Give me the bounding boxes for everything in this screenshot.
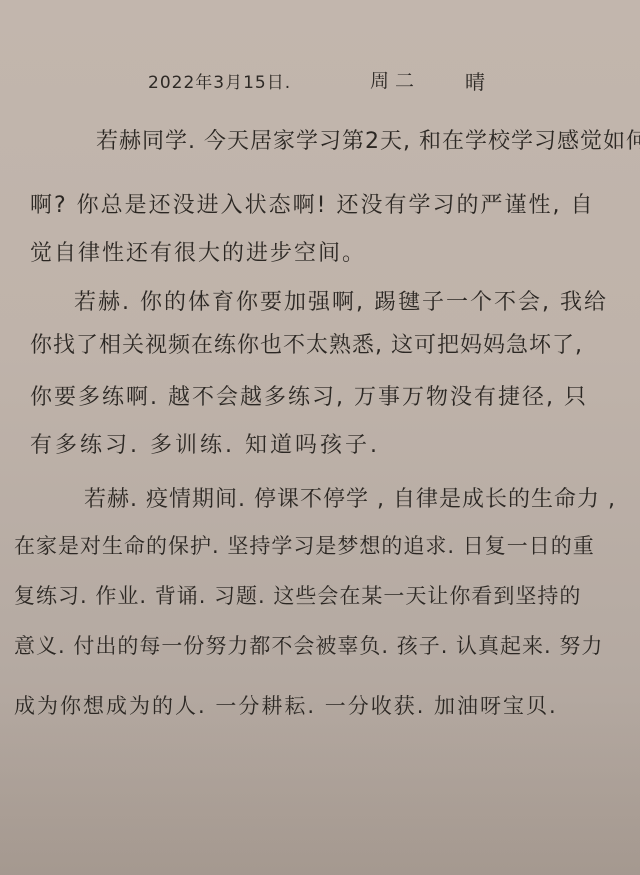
diary-page: 2022年3月15日. 周二 晴 若赫同学. 今天居家学习第2天, 和在学校学习… [0,0,640,875]
diary-line: 在家是对生命的保护. 坚持学习是梦想的追求. 日复一日的重 [14,530,595,560]
diary-line: 啊? 你总是还没进入状态啊! 还没有学习的严谨性, 自 [30,188,594,219]
paper-shadow [0,695,640,875]
diary-line: 若赫. 你的体育你要加强啊, 踢毽子一个不会, 我给 [74,285,608,316]
diary-line: 若赫. 疫情期间. 停课不停学 , 自律是成长的生命力 , [84,482,616,513]
diary-line: 有多练习. 多训练. 知道吗孩子. [30,428,380,459]
diary-line: 成为你想成为的人. 一分耕耘. 一分收获. 加油呀宝贝. [14,690,558,720]
diary-line: 复练习. 作业. 背诵. 习题. 这些会在某一天让你看到坚持的 [14,580,581,610]
diary-line: 你找了相关视频在练你也不太熟悉, 这可把妈妈急坏了, [30,328,583,359]
diary-line: 意义. 付出的每一份努力都不会被辜负. 孩子. 认真起来. 努力 [14,630,603,660]
diary-line: 你要多练啊. 越不会越多练习, 万事万物没有捷径, 只 [30,380,588,411]
diary-weekday: 周二 [370,66,420,93]
diary-date: 2022年3月15日. [148,68,291,93]
diary-line: 若赫同学. 今天居家学习第2天, 和在学校学习感觉如何 [96,124,640,155]
diary-weather: 晴 [465,66,485,95]
diary-line: 觉自律性还有很大的进步空间。 [30,236,366,267]
